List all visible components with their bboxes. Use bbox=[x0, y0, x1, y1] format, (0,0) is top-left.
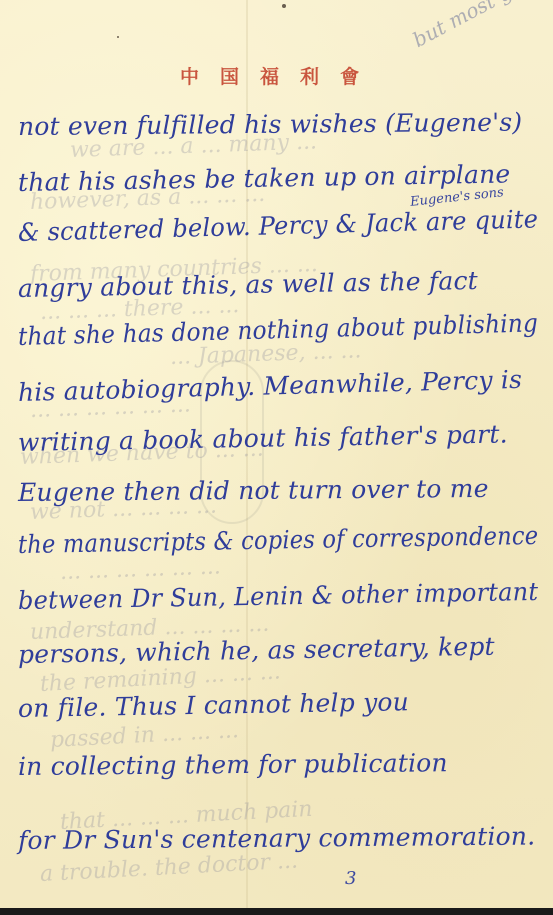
letterhead-char: 国 bbox=[220, 62, 239, 89]
letterhead-char: 利 bbox=[300, 62, 319, 89]
scan-bottom-edge bbox=[0, 908, 553, 915]
handwritten-line: for Dr Sun's centenary commemoration. bbox=[18, 821, 536, 855]
speck-mark bbox=[117, 36, 119, 38]
page-number: 3 bbox=[345, 868, 356, 889]
handwritten-line: Eugene then did not turn over to me bbox=[18, 474, 489, 507]
letterhead-char: 福 bbox=[260, 62, 279, 89]
letterhead: 中 国 福 利 會 bbox=[180, 62, 359, 89]
handwritten-line: in collecting them for publication bbox=[18, 748, 448, 781]
letterhead-char: 中 bbox=[180, 62, 199, 89]
letterhead-char: 會 bbox=[340, 62, 359, 89]
handwritten-line: not even fulfilled his wishes (Eugene's) bbox=[18, 108, 522, 141]
pinhole-mark bbox=[282, 4, 286, 8]
